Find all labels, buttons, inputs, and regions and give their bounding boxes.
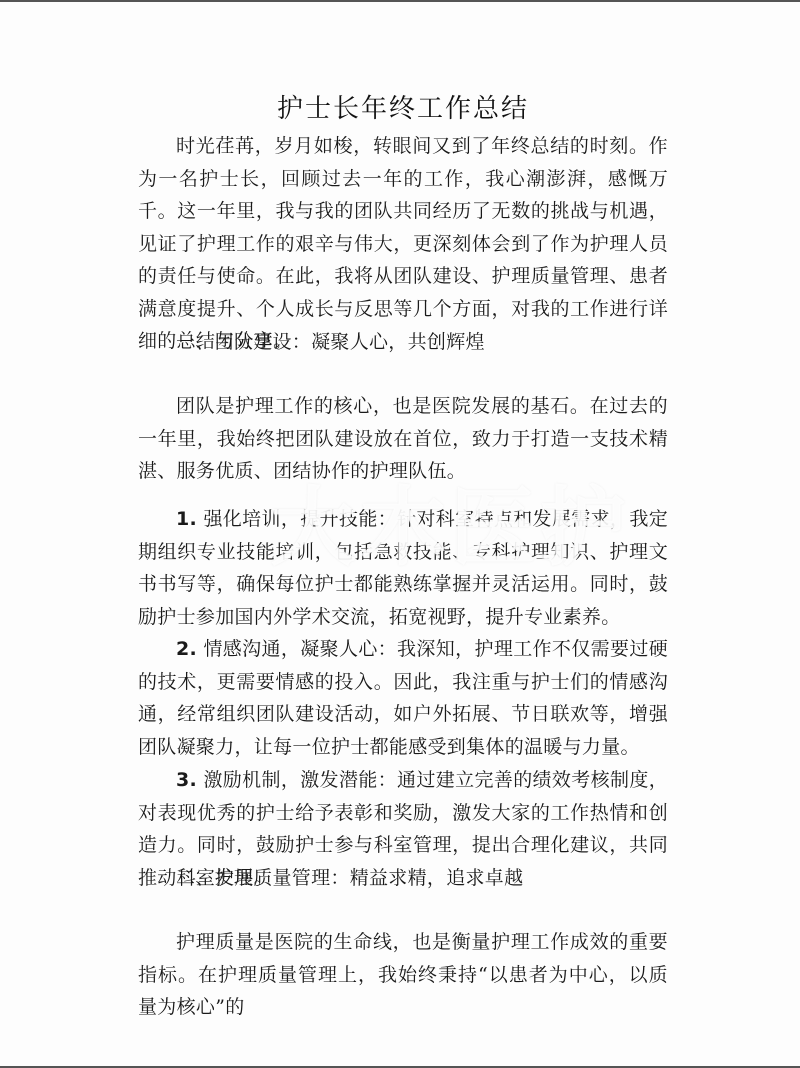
section-1-intro: 团队是护理工作的核心，也是医院发展的基石。在过去的一年里，我始终把团队建设放在首… (138, 390, 668, 488)
section-2-heading: 二、护理质量管理：精益求精，追求卓越 (138, 862, 668, 895)
section-2-intro: 护理质量是医院的生命线，也是衡量护理工作成效的重要指标。在护理质量管理上，我始终… (138, 926, 668, 1024)
item-text: 情感沟通，凝聚人心：我深知，护理工作不仅需要过硬的技术，更需要情感的投入。因此，… (138, 638, 668, 758)
document-title: 护士长年终工作总结 (138, 88, 668, 125)
section-1-item-1: 1. 强化培训，提升技能：针对科室特点和发展需求，我定期组织专业技能培训，包括急… (138, 503, 668, 633)
intro-paragraph: 时光荏苒，岁月如梭，转眼间又到了年终总结的时刻。作为一名护士长，回顾过去一年的工… (138, 130, 668, 358)
top-border (0, 0, 800, 2)
section-1-heading: 一、团队建设：凝聚人心，共创辉煌 (138, 326, 668, 359)
item-number: 2. (176, 638, 197, 660)
item-number: 3. (176, 769, 197, 791)
section-1-item-2: 2. 情感沟通，凝聚人心：我深知，护理工作不仅需要过硬的技术，更需要情感的投入。… (138, 633, 668, 763)
item-text: 强化培训，提升技能：针对科室特点和发展需求，我定期组织专业技能培训，包括急救技能… (138, 508, 668, 628)
item-number: 1. (176, 508, 197, 530)
